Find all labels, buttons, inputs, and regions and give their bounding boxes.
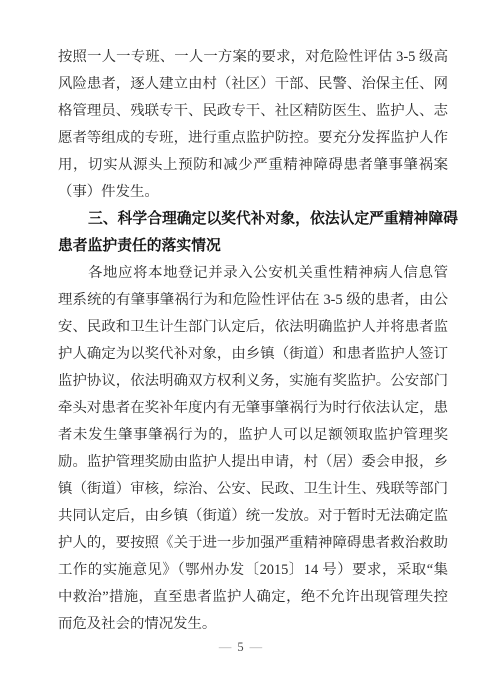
document-page: 按照一人一专班、一人一方案的要求，对危险性评估 3-5 级高 风险患者，逐人建立… bbox=[0, 0, 481, 692]
text-block: 按照一人一专班、一人一方案的要求，对危险性评估 3-5 级高 风险患者，逐人建立… bbox=[58, 44, 448, 638]
paragraph-line: 风险患者，逐人建立由村（社区）干部、民警、治保主任、网 bbox=[58, 71, 448, 98]
footer-dash-right: — bbox=[250, 640, 263, 654]
section-heading-line: 患者监护责任的落实情况 bbox=[58, 233, 448, 260]
paragraph-line: 护人的，要按照《关于进一步加强严重精神障碍患者救治救助 bbox=[58, 530, 448, 557]
paragraph-line: 工作的实施意见》（鄂州办发〔2015〕14 号）要求，采取“集 bbox=[58, 557, 448, 584]
paragraph-line: 安、民政和卫生计生部门认定后，依法明确监护人并将患者监 bbox=[58, 314, 448, 341]
paragraph-line: 理系统的有肇事肇祸行为和危险性评估在 3-5 级的患者，由公 bbox=[58, 287, 448, 314]
paragraph-line: 各地应将本地登记并录入公安机关重性精神病人信息管 bbox=[58, 260, 448, 287]
paragraph-line: 护人确定为以奖代补对象，由乡镇（街道）和患者监护人签订 bbox=[58, 341, 448, 368]
paragraph-line: 励。监护管理奖励由监护人提出申请，村（居）委会申报，乡 bbox=[58, 449, 448, 476]
page-number: 5 bbox=[231, 640, 249, 654]
paragraph-line: （事）件发生。 bbox=[58, 179, 448, 206]
paragraph-line: 而危及社会的情况发生。 bbox=[58, 611, 448, 638]
paragraph-line: 镇（街道）审核，综治、公安、民政、卫生计生、残联等部门 bbox=[58, 476, 448, 503]
page-footer: —5— bbox=[0, 639, 481, 655]
paragraph-line: 监护协议，依法明确双方权利义务，实施有奖监护。公安部门 bbox=[58, 368, 448, 395]
paragraph-line: 者未发生肇事肇祸行为的，监护人可以足额领取监护管理奖 bbox=[58, 422, 448, 449]
paragraph-line: 牵头对患者在奖补年度内有无肇事肇祸行为时行依法认定，患 bbox=[58, 395, 448, 422]
footer-dash-left: — bbox=[219, 640, 232, 654]
paragraph-line: 中救治”措施，直至患者监护人确定，绝不允许出现管理失控 bbox=[58, 584, 448, 611]
paragraph-line: 用，切实从源头上预防和减少严重精神障碍患者肇事肇祸案 bbox=[58, 152, 448, 179]
paragraph-line: 共同认定后，由乡镇（街道）统一发放。对于暂时无法确定监 bbox=[58, 503, 448, 530]
section-heading-line: 三、科学合理确定以奖代补对象，依法认定严重精神障碍 bbox=[58, 206, 448, 233]
paragraph-line: 按照一人一专班、一人一方案的要求，对危险性评估 3-5 级高 bbox=[58, 44, 448, 71]
paragraph-line: 格管理员、残联专干、民政专干、社区精防医生、监护人、志 bbox=[58, 98, 448, 125]
paragraph-line: 愿者等组成的专班，进行重点监护防控。要充分发挥监护人作 bbox=[58, 125, 448, 152]
